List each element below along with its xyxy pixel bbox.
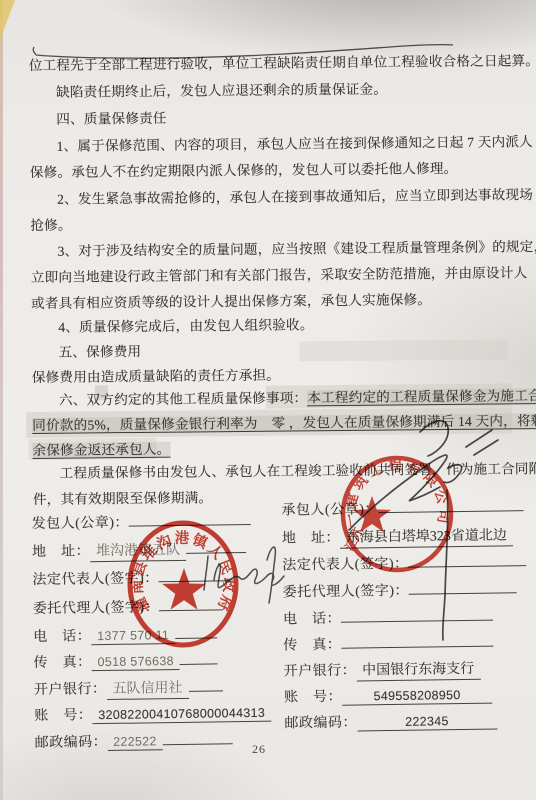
- form-row: 开户银行：中国银行东海支行: [284, 658, 481, 683]
- field-label: 开户银行：: [284, 663, 357, 679]
- field-value: 中国银行东海支行: [356, 658, 480, 682]
- field-label: 传 真：: [283, 638, 341, 654]
- field-value: 549558208950: [342, 688, 492, 706]
- page-number: 26: [252, 742, 266, 757]
- blank-underline: [409, 579, 517, 595]
- form-row: 电 话：: [283, 606, 493, 629]
- field-label: 法定代表人(签字)：: [282, 557, 409, 574]
- field-label: 账 号：: [284, 690, 342, 706]
- blank-underline: [341, 633, 493, 649]
- blank-underline: [408, 552, 526, 568]
- scanned-contract-page: 位工程先于全部工程进行验收，单位工程缺陷责任期自单位工程验收合格之日起算。 缺陷…: [0, 0, 536, 800]
- field-label: 电 话：: [283, 612, 341, 628]
- blank-underline: [341, 607, 493, 623]
- form-row: 邮政编码：222345: [284, 710, 497, 733]
- form-row: 承包人(公章)：: [281, 496, 524, 519]
- field-label: 邮政编码：: [284, 715, 357, 731]
- form-row: 委托代理人(签字)：: [282, 578, 517, 601]
- form-row: 传 真：: [283, 632, 493, 655]
- field-label: 委托代理人(签字)：: [283, 584, 410, 601]
- contractor-form-column: 承包人(公章)： 地 址：东海县白塔埠323省道北边 法定代表人(签字)： 委托…: [0, 0, 536, 800]
- form-row: 账 号：549558208950: [284, 684, 492, 707]
- field-value: 222345: [357, 714, 497, 732]
- field-label: 承包人(公章)：: [281, 502, 379, 518]
- field-label: 地 址：: [282, 531, 340, 547]
- form-row: 地 址：东海县白塔埠323省道北边: [282, 524, 513, 549]
- blank-underline: [379, 497, 524, 513]
- field-value: 东海县白塔埠323省道北边: [340, 524, 513, 548]
- form-row: 法定代表人(签字)：: [282, 551, 527, 574]
